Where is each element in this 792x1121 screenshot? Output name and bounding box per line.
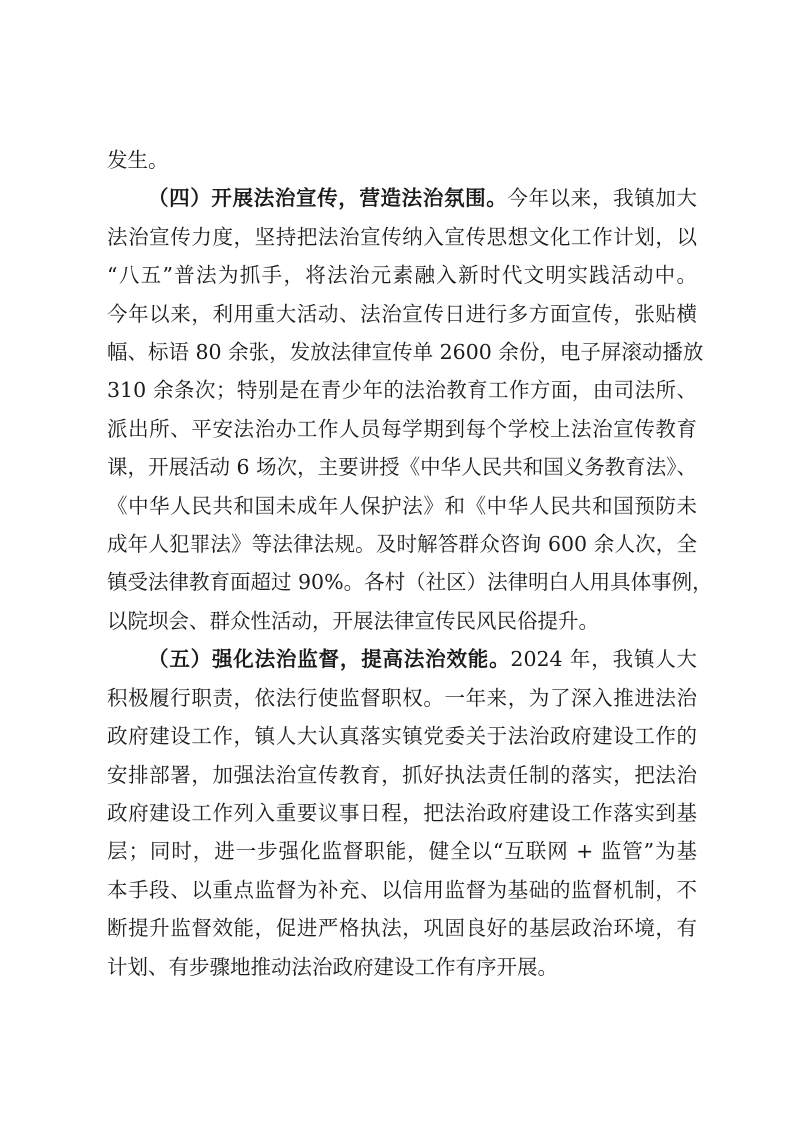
section-4-lead-text: 今年以来，我镇加大: [507, 186, 697, 210]
text-line: 计划、有步骤地推动法治政府建设工作有序开展。: [107, 948, 697, 986]
text-line: 今年以来，利用重大活动、法治宣传日进行多方面宣传，张贴横: [107, 295, 697, 333]
text-line: 安排部署，加强法治宣传教育，抓好执法责任制的落实，把法治: [107, 756, 697, 794]
text-line: 积极履行职责，依法行使监督职权。一年来，为了深入推进法治: [107, 679, 697, 717]
text-line: 政府建设工作列入重要议事日程，把法治政府建设工作落实到基: [107, 794, 697, 832]
section-5-lead-text: 2024 年，我镇人大: [510, 647, 697, 671]
paragraph-section-4: （四）开展法治宣传，营造法治氛围。今年以来，我镇加大 法治宣传力度，坚持把法治宣…: [107, 179, 697, 640]
text-line: 层；同时，进一步强化监督职能，健全以“互联网 + 监管”为基: [107, 832, 697, 870]
text-line: 以院坝会、群众性活动，开展法律宣传民风民俗提升。: [107, 602, 697, 640]
section-4-label: （四）: [148, 186, 211, 210]
section-4-heading: 开展法治宣传，营造法治氛围。: [211, 186, 507, 210]
paragraph-section-5: （五）强化法治监督，提高法治效能。2024 年，我镇人大 积极履行职责，依法行使…: [107, 640, 697, 986]
text-line: 政府建设工作，镇人大认真落实镇党委关于法治政府建设工作的: [107, 717, 697, 755]
text-line: （五）强化法治监督，提高法治效能。2024 年，我镇人大: [107, 640, 697, 678]
section-5-label: （五）: [148, 647, 212, 671]
text-line: 法治宣传力度，坚持把法治宣传纳入宣传思想文化工作计划，以: [107, 218, 697, 256]
paragraph-continuation: 发生。: [107, 141, 697, 179]
text-line: （四）开展法治宣传，营造法治氛围。今年以来，我镇加大: [107, 179, 697, 217]
document-page: 发生。 （四）开展法治宣传，营造法治氛围。今年以来，我镇加大 法治宣传力度，坚持…: [107, 141, 697, 986]
text-line: 发生。: [107, 141, 697, 179]
section-5-heading: 强化法治监督，提高法治效能。: [212, 647, 510, 671]
text-line: 310 余条次；特别是在青少年的法治教育工作方面，由司法所、: [107, 371, 697, 409]
text-line: 成年人犯罪法》等法律法规。及时解答群众咨询 600 余人次，全: [107, 525, 697, 563]
text-line: 《中华人民共和国未成年人保护法》和《中华人民共和国预防未: [107, 487, 697, 525]
text-line: 断提升监督效能，促进严格执法，巩固良好的基层政治环境，有: [107, 909, 697, 947]
text-line: 课，开展活动 6 场次，主要讲授《中华人民共和国义务教育法》、: [107, 448, 697, 486]
text-line: “八五”普法为抓手，将法治元素融入新时代文明实践活动中。: [107, 256, 697, 294]
text-line: 幅、标语 80 余张，发放法律宣传单 2600 余份，电子屏滚动播放: [107, 333, 697, 371]
text-line: 本手段、以重点监督为补充、以信用监督为基础的监督机制，不: [107, 871, 697, 909]
text-line: 派出所、平安法治办工作人员每学期到每个学校上法治宣传教育: [107, 410, 697, 448]
text-line: 镇受法律教育面超过 90%。各村（社区）法律明白人用具体事例，: [107, 563, 697, 601]
